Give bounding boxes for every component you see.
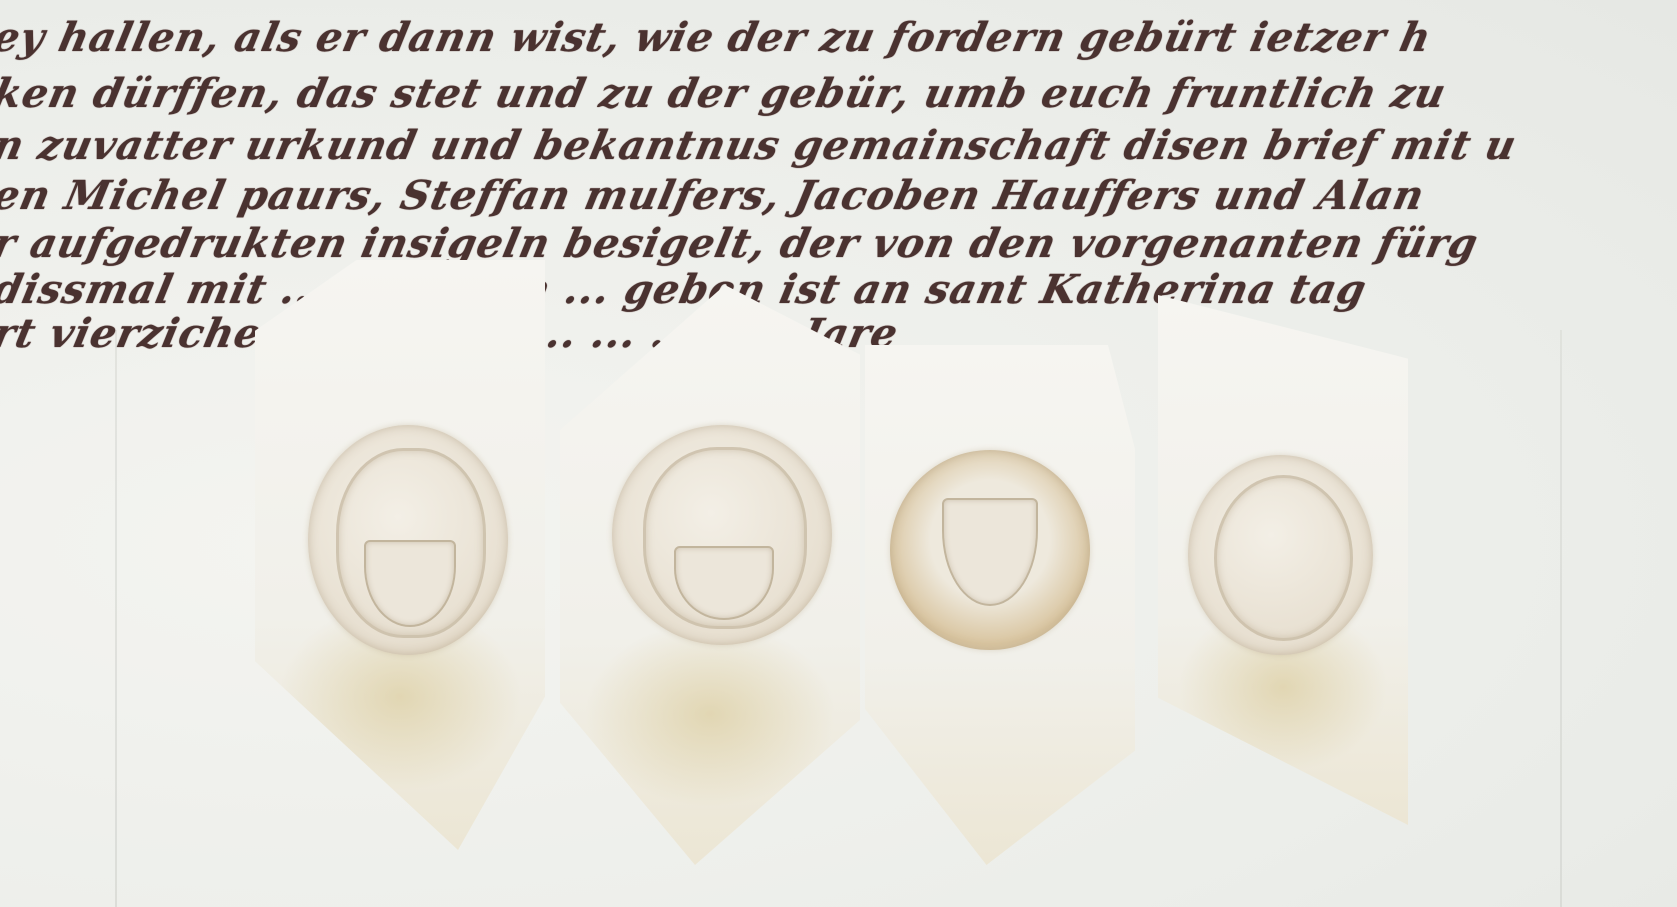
text-line-1: ey hallen, als er dann wist, wie der zu … bbox=[0, 14, 1436, 61]
wax-seal-2 bbox=[612, 425, 832, 645]
paper-fold bbox=[1560, 330, 1562, 907]
wax-seal-1 bbox=[308, 425, 508, 655]
wax-seal-3 bbox=[890, 450, 1090, 650]
text-line-4: en Michel paurs, Steffan mulfers, Jacobe… bbox=[0, 172, 1429, 219]
text-line-2: ken dürffen, das stet und zu der gebür, … bbox=[0, 70, 1451, 117]
manuscript-photo: ey hallen, als er dann wist, wie der zu … bbox=[0, 0, 1677, 907]
wax-seal-4 bbox=[1188, 455, 1373, 655]
text-line-3: n zuvatter urkund und bekantnus gemainsc… bbox=[0, 122, 1521, 169]
text-line-5: r aufgedrukten insigeln besigelt, der vo… bbox=[0, 220, 1483, 267]
paper-fold bbox=[115, 330, 117, 907]
